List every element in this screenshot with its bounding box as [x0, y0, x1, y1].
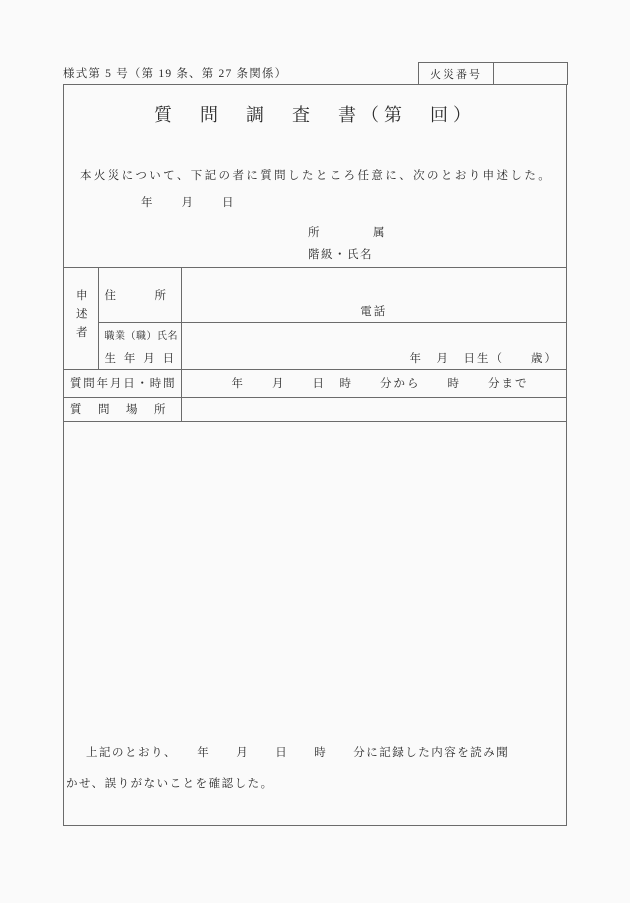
form-title: 質 問 調 査 書（第 回） [64, 101, 566, 127]
fire-number-value-cell [494, 63, 567, 84]
confirmation-statement: 上記のとおり、 年 月 日 時 分に記録した内容を読み聞 かせ、誤りがないことを… [66, 738, 564, 800]
birth-date-value-cell: 年 月 日生（ 歳） [181, 322, 566, 369]
question-datetime-label-cell: 質問年月日・時間 [64, 369, 181, 397]
question-place-label-cell: 質 問 場 所 [64, 397, 181, 421]
address-label-cell: 住 所 [98, 268, 181, 322]
declarant-info-table: 申述者 住 所 電話 職業（職）氏名 生 年 月 日 年 月 日生（ 歳） [64, 267, 566, 422]
form-number-label: 様式第 5 号（第 19 条、第 27 条関係） [63, 65, 287, 81]
table-row-occupation-birth: 職業（職）氏名 生 年 月 日 年 月 日生（ 歳） [64, 322, 566, 369]
confirmation-line-1: 上記のとおり、 年 月 日 時 分に記録した内容を読み聞 [66, 738, 564, 769]
rank-name-label: 階級・氏名 [308, 246, 373, 262]
confirmation-line-2: かせ、誤りがないことを確認した。 [66, 769, 564, 800]
birth-date-label: 生 年 月 日 [105, 350, 181, 366]
question-place-value-cell [181, 397, 566, 421]
fire-number-box: 火災番号 [418, 62, 568, 85]
main-form-box: 質 問 調 査 書（第 回） 本火災について、下記の者に質問したところ任意に、次… [63, 84, 567, 826]
occupation-label: 職業（職）氏名 [105, 327, 181, 342]
table-row-address: 申述者 住 所 電話 [64, 268, 566, 322]
fire-number-label: 火災番号 [419, 63, 494, 84]
intro-statement: 本火災について、下記の者に質問したところ任意に、次のとおり申述した。 [80, 167, 552, 183]
phone-label: 電話 [360, 303, 387, 322]
occupation-birth-label-cell: 職業（職）氏名 生 年 月 日 [98, 322, 181, 369]
table-row-question-place: 質 問 場 所 [64, 397, 566, 421]
declarant-header-cell: 申述者 [64, 268, 98, 369]
declarant-label: 申述者 [73, 289, 89, 345]
table-row-question-datetime: 質問年月日・時間 年 月 日 時 分から 時 分まで [64, 369, 566, 397]
affiliation-label: 所 属 [308, 224, 386, 240]
question-datetime-value-cell: 年 月 日 時 分から 時 分まで [181, 369, 566, 397]
questionnaire-form-page: 様式第 5 号（第 19 条、第 27 条関係） 火災番号 質 問 調 査 書（… [0, 0, 630, 903]
intro-date-line: 年 月 日 [141, 194, 236, 210]
address-value-cell: 電話 [181, 268, 566, 322]
